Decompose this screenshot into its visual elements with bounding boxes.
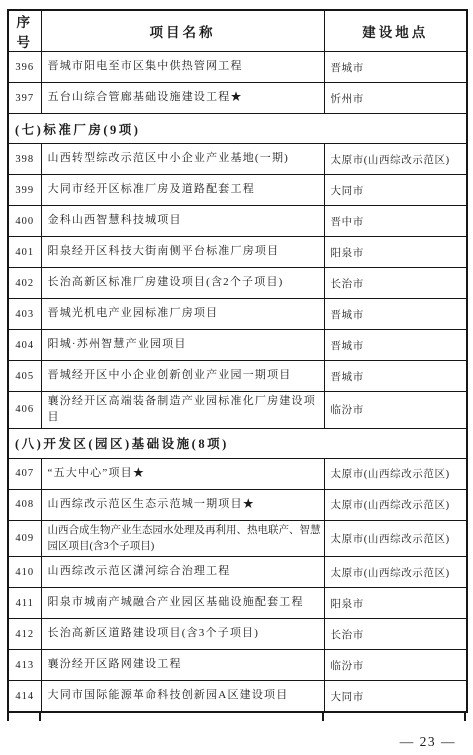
serial-cell: 402 — [8, 268, 41, 299]
table-row: 406襄汾经开区高端装备制造产业园标准化厂房建设项目临汾市 — [8, 392, 467, 429]
header-row: 序号 项目名称 建设地点 — [8, 10, 467, 52]
project-name-cell: 阳城·苏州智慧产业园项目 — [41, 330, 324, 361]
column-header-location: 建设地点 — [324, 10, 467, 52]
table-row: 405晋城经开区中小企业创新创业产业园一期项目晋城市 — [8, 361, 467, 392]
column-header-project-name: 项目名称 — [41, 10, 324, 52]
serial-cell: 405 — [8, 361, 41, 392]
table-row: 411阳泉市城南产城融合产业园区基础设施配套工程阳泉市 — [8, 588, 467, 619]
table-row: 396晋城市阳电至市区集中供热管网工程晋城市 — [8, 52, 467, 83]
location-cell: 晋城市 — [324, 299, 467, 330]
location-cell: 太原市(山西综改示范区) — [324, 458, 467, 489]
location-cell: 长治市 — [324, 268, 467, 299]
table-row: 401阳泉经开区科技大街南侧平台标准厂房项目阳泉市 — [8, 237, 467, 268]
serial-cell: 401 — [8, 237, 41, 268]
table-row: 397五台山综合管廊基础设施建设工程★忻州市 — [8, 83, 467, 114]
project-name-cell: “五大中心”项目★ — [41, 458, 324, 489]
location-cell: 太原市(山西综改示范区) — [324, 557, 467, 588]
location-cell: 临汾市 — [324, 392, 467, 429]
project-name-cell: 长治高新区标准厂房建设项目(含2个子项目) — [41, 268, 324, 299]
table-row: 409山西合成生物产业生态园水处理及再利用、热电联产、智慧园区项目(含3个子项目… — [8, 520, 467, 557]
table-row: 399大同市经开区标准厂房及道路配套工程大同市 — [8, 175, 467, 206]
serial-cell: 411 — [8, 588, 41, 619]
serial-cell: 410 — [8, 557, 41, 588]
location-cell: 太原市(山西综改示范区) — [324, 144, 467, 175]
project-name-cell: 金科山西智慧科技城项目 — [41, 206, 324, 237]
table-header: 序号 项目名称 建设地点 — [8, 10, 467, 52]
serial-cell: 408 — [8, 489, 41, 520]
section-header-cell: (七)标准厂房(9项) — [8, 114, 467, 144]
project-name-cell: 五台山综合管廊基础设施建设工程★ — [41, 83, 324, 114]
project-name-cell: 山西转型综改示范区中小企业产业基地(一期) — [41, 144, 324, 175]
project-name-cell: 晋城市阳电至市区集中供热管网工程 — [41, 52, 324, 83]
table-row: 413襄汾经开区路网建设工程临汾市 — [8, 650, 467, 681]
table-border-stub — [464, 712, 466, 721]
table-border-stub — [322, 712, 324, 721]
project-name-cell: 山西综改示范区潇河综合治理工程 — [41, 557, 324, 588]
project-name-cell: 晋城光机电产业园标准厂房项目 — [41, 299, 324, 330]
table-row: 407“五大中心”项目★太原市(山西综改示范区) — [8, 458, 467, 489]
project-name-cell: 襄汾经开区路网建设工程 — [41, 650, 324, 681]
serial-cell: 399 — [8, 175, 41, 206]
location-cell: 大同市 — [324, 681, 467, 712]
serial-cell: 403 — [8, 299, 41, 330]
location-cell: 太原市(山西综改示范区) — [324, 520, 467, 557]
table-row: 408山西综改示范区生态示范城一期项目★太原市(山西综改示范区) — [8, 489, 467, 520]
project-name-cell: 阳泉经开区科技大街南侧平台标准厂房项目 — [41, 237, 324, 268]
project-name-cell: 大同市经开区标准厂房及道路配套工程 — [41, 175, 324, 206]
table-row: 400金科山西智慧科技城项目晋中市 — [8, 206, 467, 237]
table-row: 412长治高新区道路建设项目(含3个子项目)长治市 — [8, 619, 467, 650]
serial-cell: 407 — [8, 458, 41, 489]
project-name-cell: 晋城经开区中小企业创新创业产业园一期项目 — [41, 361, 324, 392]
table-continuation-stubs — [7, 712, 466, 721]
serial-cell: 409 — [8, 520, 41, 557]
location-cell: 忻州市 — [324, 83, 467, 114]
project-name-cell: 山西合成生物产业生态园水处理及再利用、热电联产、智慧园区项目(含3个子项目) — [41, 520, 324, 557]
table-body: 396晋城市阳电至市区集中供热管网工程晋城市397五台山综合管廊基础设施建设工程… — [8, 52, 467, 712]
section-header-cell: (八)开发区(园区)基础设施(8项) — [8, 428, 467, 458]
table-row: 398山西转型综改示范区中小企业产业基地(一期)太原市(山西综改示范区) — [8, 144, 467, 175]
location-cell: 晋城市 — [324, 52, 467, 83]
location-cell: 大同市 — [324, 175, 467, 206]
serial-cell: 396 — [8, 52, 41, 83]
section-header-row: (七)标准厂房(9项) — [8, 114, 467, 144]
location-cell: 晋城市 — [324, 361, 467, 392]
column-header-serial: 序号 — [8, 10, 41, 52]
table-row: 410山西综改示范区潇河综合治理工程太原市(山西综改示范区) — [8, 557, 467, 588]
table-row: 402长治高新区标准厂房建设项目(含2个子项目)长治市 — [8, 268, 467, 299]
page-number: — 23 — — [400, 734, 456, 750]
serial-cell: 404 — [8, 330, 41, 361]
table-border-stub — [7, 712, 9, 721]
table-row: 403晋城光机电产业园标准厂房项目晋城市 — [8, 299, 467, 330]
location-cell: 晋城市 — [324, 330, 467, 361]
project-name-cell: 阳泉市城南产城融合产业园区基础设施配套工程 — [41, 588, 324, 619]
section-header-row: (八)开发区(园区)基础设施(8项) — [8, 428, 467, 458]
project-name-cell: 长治高新区道路建设项目(含3个子项目) — [41, 619, 324, 650]
table-row: 414大同市国际能源革命科技创新园A区建设项目大同市 — [8, 681, 467, 712]
serial-cell: 400 — [8, 206, 41, 237]
location-cell: 阳泉市 — [324, 588, 467, 619]
serial-cell: 413 — [8, 650, 41, 681]
location-cell: 阳泉市 — [324, 237, 467, 268]
project-name-cell: 山西综改示范区生态示范城一期项目★ — [41, 489, 324, 520]
table-row: 404阳城·苏州智慧产业园项目晋城市 — [8, 330, 467, 361]
serial-cell: 414 — [8, 681, 41, 712]
location-cell: 晋中市 — [324, 206, 467, 237]
project-name-cell: 襄汾经开区高端装备制造产业园标准化厂房建设项目 — [41, 392, 324, 429]
serial-cell: 397 — [8, 83, 41, 114]
serial-cell: 412 — [8, 619, 41, 650]
serial-cell: 406 — [8, 392, 41, 429]
project-name-cell: 大同市国际能源革命科技创新园A区建设项目 — [41, 681, 324, 712]
location-cell: 长治市 — [324, 619, 467, 650]
serial-cell: 398 — [8, 144, 41, 175]
table-border-stub — [39, 712, 41, 721]
location-cell: 临汾市 — [324, 650, 467, 681]
projects-table: 序号 项目名称 建设地点 396晋城市阳电至市区集中供热管网工程晋城市397五台… — [7, 9, 468, 713]
location-cell: 太原市(山西综改示范区) — [324, 489, 467, 520]
